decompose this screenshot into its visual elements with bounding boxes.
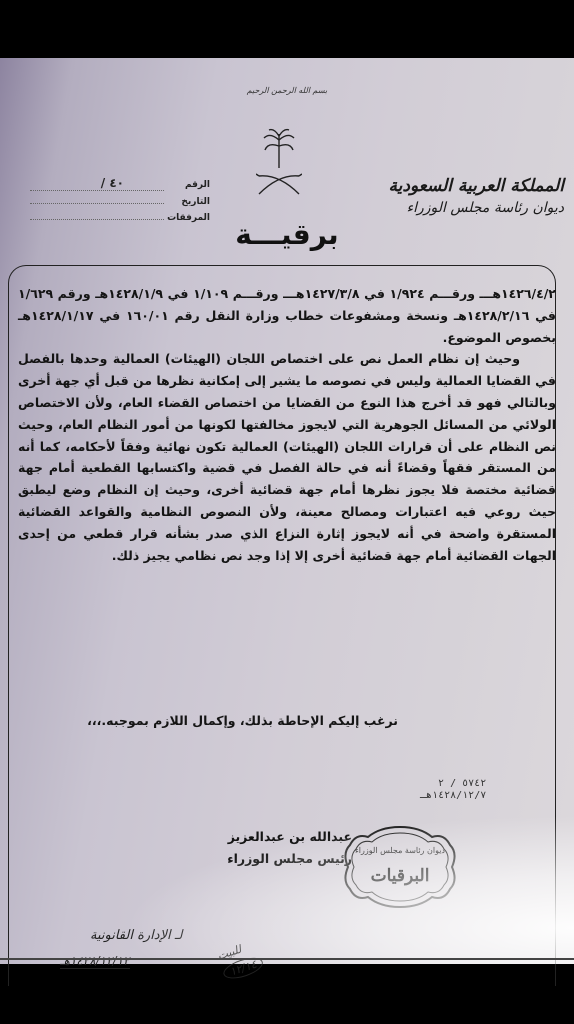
meta-date: التاريخ <box>30 197 210 207</box>
official-stamp-icon: ديوان رئاسة مجلس الوزراء البرقيات <box>340 823 460 911</box>
document-page: بسم الله الرحمن الرحيم المملكة العربية ا… <box>0 58 574 964</box>
reference-paragraph: ١٤٢٦/٤/٢هـــ ورقـــم ١/٩٢٤ في ١٤٢٧/٣/٨هـ… <box>18 283 556 348</box>
signature-block: عبدالله بن عبدالعزيز رئيس مجلس الوزراء <box>152 826 352 870</box>
document-type-title: برقيـــة <box>0 218 574 251</box>
org-office: ديوان رئاسة مجلس الوزراء <box>389 200 564 216</box>
issuing-organization: المملكة العربية السعودية ديوان رئاسة مجل… <box>389 176 564 216</box>
handwritten-routing: لـ الإدارة القانونية <box>90 928 183 943</box>
meta-number: الرقم ٤٠ / <box>30 176 210 191</box>
svg-text:البرقيات: البرقيات <box>371 866 430 886</box>
ruling-paragraph: وحيث إن نظام العمل نص على اختصاص اللجان … <box>18 348 556 566</box>
signatory-title: رئيس مجلس الوزراء <box>152 848 352 870</box>
basmala: بسم الله الرحمن الرحيم <box>0 86 574 95</box>
closing-line: نرغب إليكم الإحاطة بذلك، وإكمال اللازم ب… <box>87 710 398 732</box>
handwritten-date: ١٤٢٨/١٢/١٢هـ <box>60 954 130 969</box>
page-edge-divider <box>0 958 574 960</box>
document-body: ١٤٢٦/٤/٢هـــ ورقـــم ١/٩٢٤ في ١٤٢٧/٣/٨هـ… <box>18 283 556 566</box>
svg-text:ديوان رئاسة مجلس الوزراء: ديوان رئاسة مجلس الوزراء <box>355 846 445 855</box>
registration-note: ٥٧٤٢ / ٢ ١٤٢٨/١٢/٧هـ <box>420 778 486 802</box>
signatory-name: عبدالله بن عبدالعزيز <box>152 826 352 848</box>
org-country: المملكة العربية السعودية <box>389 176 564 196</box>
saudi-emblem-icon <box>256 126 302 206</box>
